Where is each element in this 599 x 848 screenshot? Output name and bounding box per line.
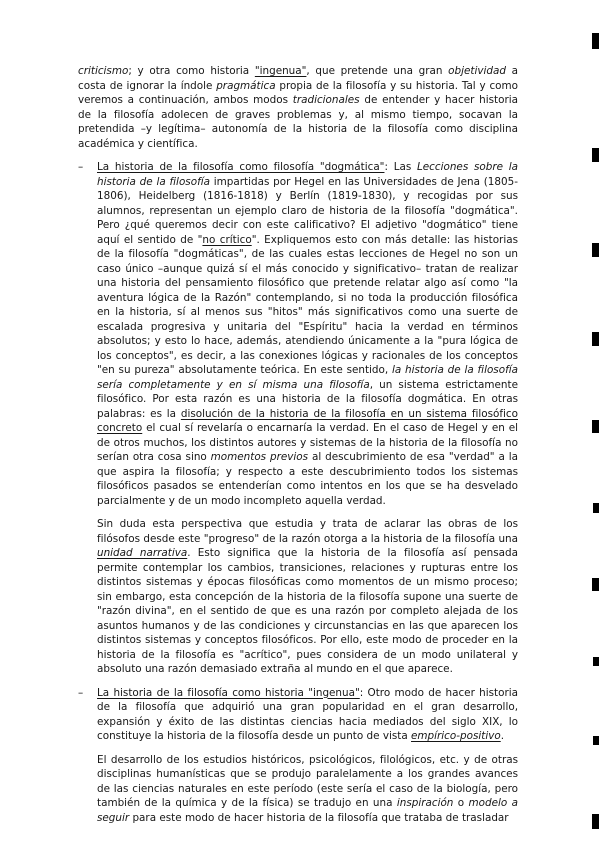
bullet-dash-marker: – [78,686,83,701]
bullet-item-ingenua: – La historia de la filosofía como histo… [78,686,518,744]
text-run: , que pretende una gran [306,65,448,77]
text-run: empírico-positivo [411,730,501,742]
paragraph-sin-duda: Sin duda esta perspectiva que estudia y … [97,517,518,677]
document-page: criticismo; y otra como historia "ingenu… [0,0,599,848]
text-run: pragmática [216,80,275,92]
text-run: Sin duda esta perspectiva que estudia y … [97,518,518,545]
scan-edge-mark [592,332,599,346]
text-run: inspiración [397,797,454,809]
text-run: unidad narrativa [97,547,187,559]
text-run: ". Expliquemos esto con más detalle: las… [97,234,518,377]
bullet-item-dogmatica: – La historia de la filosofía como filos… [78,160,518,508]
text-run: : Las [384,161,417,173]
text-run: La historia de la filosofía como filosof… [97,161,384,173]
text-column: criticismo; y otra como historia "ingenu… [78,64,518,834]
bullet-text: La historia de la filosofía como filosof… [97,161,518,507]
scan-edge-mark [592,814,599,829]
paragraph-continuation: criticismo; y otra como historia "ingenu… [78,64,518,151]
scan-edge-mark [593,503,599,513]
scan-edge-mark [592,578,599,591]
scan-edge-mark [593,736,599,745]
scan-edge-mark [592,33,599,49]
text-run: La historia de la filosofía como histori… [97,687,360,699]
text-run: para este modo de hacer historia de la f… [129,812,508,824]
text-run: . [501,730,504,742]
text-run: momentos previos [211,451,308,463]
text-run: tradicionales [293,94,360,106]
bullet-dash-marker: – [78,160,83,175]
text-run: no crítico [202,234,251,246]
text-run: o [453,797,468,809]
scan-edge-mark [592,243,599,257]
text-run: objetividad [448,65,506,77]
text-run: . Esto significa que la historia de la f… [97,547,518,675]
bullet-text: La historia de la filosofía como histori… [97,687,518,743]
paragraph-el-desarrollo: El desarrollo de los estudios históricos… [97,753,518,826]
text-run: criticismo [78,65,128,77]
text-run: ; y otra como historia [128,65,255,77]
scan-edge-mark [592,420,599,433]
scan-edge-mark [593,657,599,666]
scan-edge-mark [592,148,599,162]
text-run: "ingenua" [255,65,307,77]
